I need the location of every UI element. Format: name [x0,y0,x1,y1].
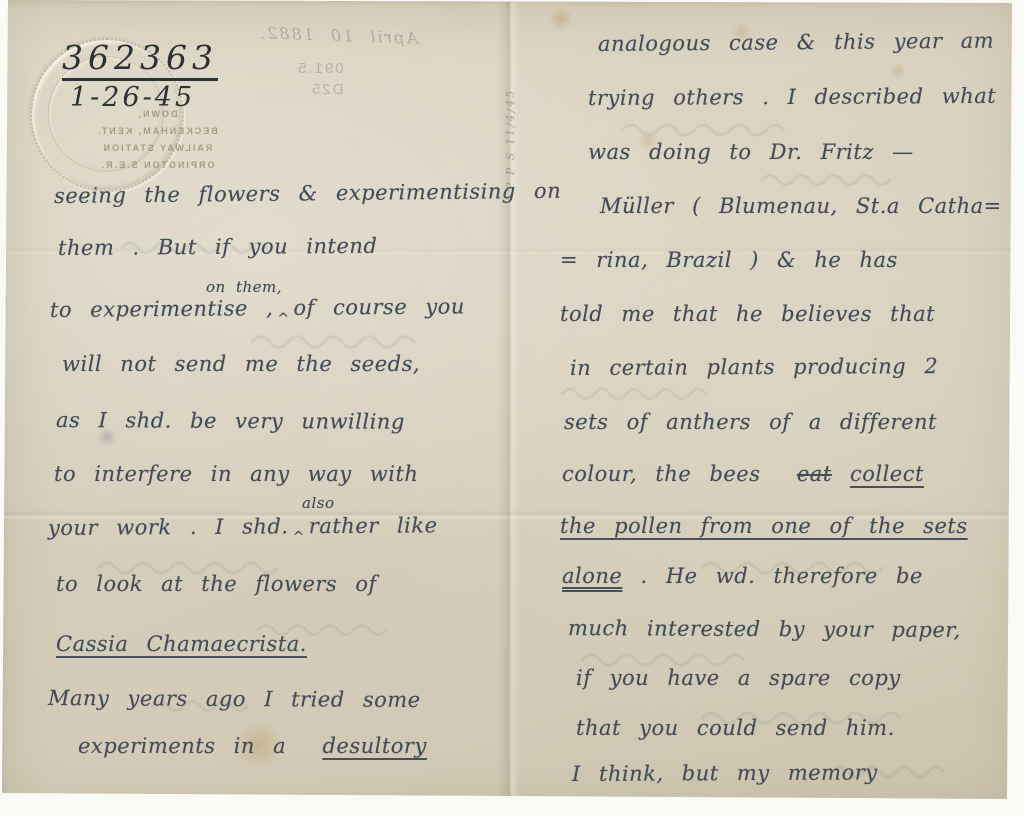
underlined-word: desultory [322,734,426,758]
ghost-date-annotation: April 10 1882. [258,23,419,48]
bleedthrough-writing [760,168,910,188]
margin-pencil-annotation: P P S 11/4/45 [504,89,517,190]
handwriting-line-left-10: Many years ago I tried some [48,686,421,712]
handwriting-line-left-1: seeing the flowers & experimentising on [54,179,561,208]
call-number-line: D25 [296,79,344,100]
line-text: your work . I shd. [48,514,289,540]
interlinear-insert: also [302,494,334,512]
letter-scan: 362363 1-26-45 DOWN, BECKENHAM, KENT. RA… [0,0,1024,816]
handwriting-line-left-7: your work . I shd.^rather like [48,513,438,547]
accession-block: 362363 1-26-45 [62,38,218,113]
handwriting-line-right-4: Müller ( Blumenau, St.a Catha= [600,194,1002,218]
underlined-species-name: Cassia Chamaecrista. [56,632,307,656]
bleedthrough-writing [580,648,760,668]
letterhead-line: BECKENHAM, KENT. [72,123,242,140]
handwriting-line-left-5: as I shd. be very unwilling [56,408,405,434]
line-text: colour, the bees [562,462,761,486]
handwriting-line-left-2: them . But if you intend [58,234,378,260]
handwriting-line-right-10: the pollen from one of the sets [560,514,968,538]
paper-stain [548,8,574,30]
struck-word: eat [797,462,832,486]
handwriting-line-right-2: trying others . I described what I [588,84,1023,110]
insertion-caret: ^ [273,311,293,327]
letterhead-line: ORPINGTON S.E.R. [72,157,242,174]
handwriting-line-left-8: to look at the flowers of [56,572,377,596]
handwriting-line-left-6: to interfere in any way with [54,462,418,486]
handwriting-line-right-11: alone . He wd. therefore be [562,564,923,588]
call-number-line: 091.5 [296,58,344,79]
underlined-phrase: the pollen from one of the sets [560,514,968,538]
handwriting-line-right-6: told me that he believes that [560,302,935,326]
ghost-call-number: 091.5 D25 [296,58,344,100]
handwriting-line-right-9: colour, the bees eat collect [562,462,924,486]
double-underlined-word: alone [562,564,622,588]
handwriting-line-right-12: much interested by your paper, [568,616,961,642]
line-text: experiments in a [78,734,286,758]
line-text: rather like [309,513,438,538]
accession-number: 362363 [62,38,218,81]
underlined-word: collect [850,462,924,486]
line-text: of course you [293,294,465,319]
handwriting-line-left-4: will not send me the seeds, [62,352,420,376]
letterhead-line: RAILWAY STATION [72,140,242,157]
handwriting-line-right-15: I think, but my memory [572,760,878,786]
bleedthrough-writing [250,330,430,350]
mirrored-letterhead: DOWN, BECKENHAM, KENT. RAILWAY STATION O… [72,106,242,174]
handwriting-line-right-13: if you have a spare copy [576,666,901,690]
handwriting-line-right-1: analogous case & this year am [598,29,994,56]
handwriting-line-right-14: that you could send him. [576,716,895,740]
handwriting-line-right-5: = rina, Brazil ) & he has [560,248,898,272]
line-text: . He wd. therefore be [622,564,923,588]
insertion-caret: ^ [289,529,309,545]
bleedthrough-writing [560,382,720,402]
handwriting-line-right-3: was doing to Dr. Fritz — [588,140,914,164]
handwriting-line-left-11: experiments in a desultory [78,734,427,758]
handwriting-line-right-8: sets of anthers of a different [564,410,937,434]
letter-paper: 362363 1-26-45 DOWN, BECKENHAM, KENT. RA… [0,0,1024,816]
handwriting-line-left-9: Cassia Chamaecrista. [56,632,307,656]
handwriting-line-right-7: in certain plants producing 2 [570,354,938,380]
paper-stain [888,62,908,80]
letterhead-line: DOWN, [72,106,242,123]
bleedthrough-writing [620,118,800,138]
line-text: to experimentise , [50,296,273,322]
handwriting-line-left-3: to experimentise ,^of course you [50,294,465,329]
interlinear-insert: on them, [206,278,282,296]
